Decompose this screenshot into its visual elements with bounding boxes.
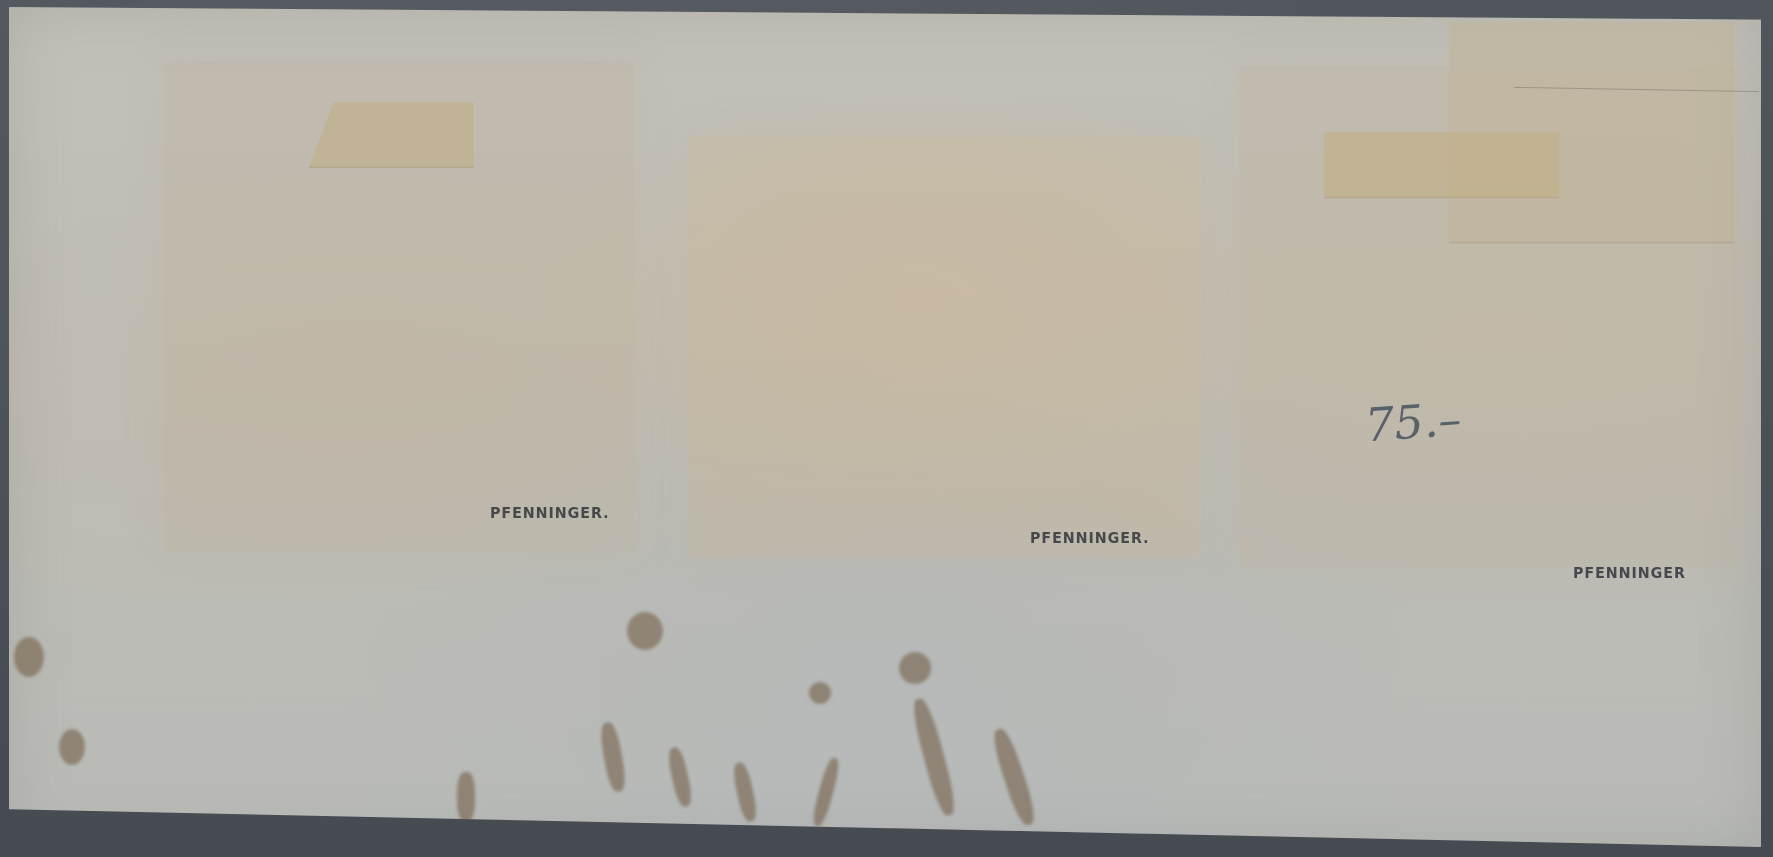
ink-mark (59, 729, 85, 765)
guarantee-mark-middle: PFENNINGER. (1030, 529, 1150, 547)
stamp-ghost-middle (689, 137, 1199, 557)
ink-mark (909, 696, 959, 817)
ink-mark (14, 637, 44, 677)
hinge-remnant-left (309, 102, 474, 168)
hinge-remnant-corner (1449, 22, 1734, 243)
ink-mark (598, 721, 628, 793)
paper-piece: PFENNINGER. PFENNINGER. PFENNINGER 75.– (9, 7, 1761, 847)
ink-mark (989, 726, 1039, 827)
guarantee-mark-right: PFENNINGER (1573, 564, 1686, 582)
pencil-price-note: 75.– (1363, 392, 1463, 453)
ink-mark (627, 612, 663, 650)
ink-mark (899, 652, 931, 684)
ink-mark (457, 772, 475, 822)
ink-mark (666, 746, 694, 808)
guarantee-mark-left: PFENNINGER. (490, 504, 610, 522)
ink-mark (810, 756, 842, 827)
ink-mark (809, 682, 831, 704)
ink-mark (731, 761, 759, 823)
